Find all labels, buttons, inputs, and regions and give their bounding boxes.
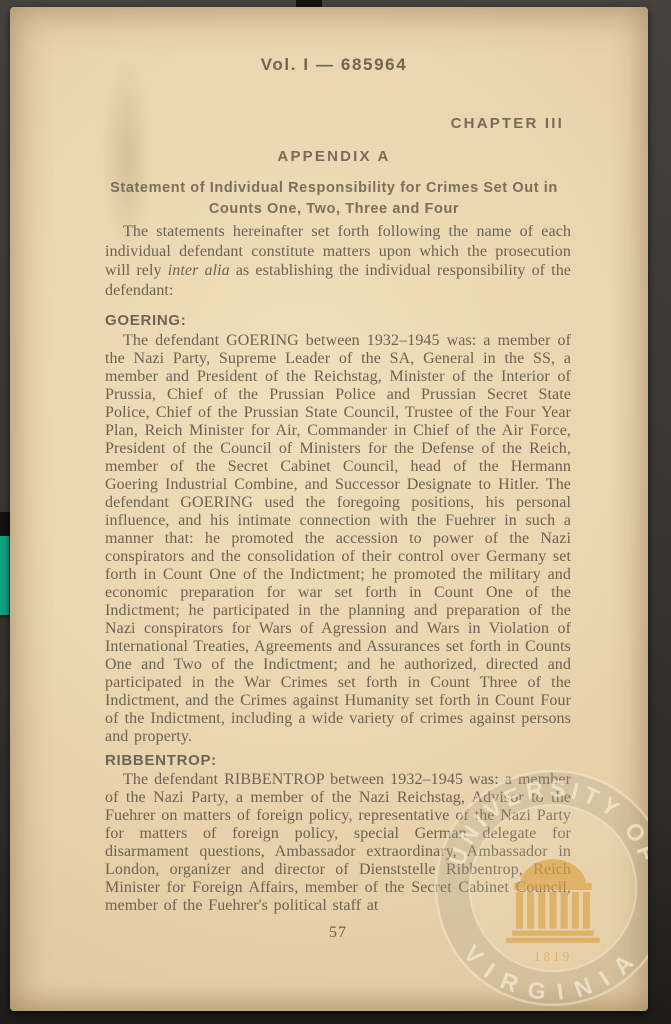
document-page: Vol. I — 685964 CHAPTER III APPENDIX A S… [10,7,648,1011]
chapter-heading: CHAPTER III [451,115,564,132]
section-body-goering: The defendant GOERING between 1932–1945 … [105,332,571,746]
subtitle-line-2: Counts One, Two, Three and Four [209,201,459,217]
volume-header: Vol. I — 685964 [10,55,648,75]
scanned-book-photo: { "page": { "volume_line": "Vol. I — 685… [0,0,671,1024]
intro-paragraph: The statements hereinafter set forth fol… [105,222,571,300]
university-seal-watermark: UNIVERSITY OF VIRGINIA 1819 [421,756,648,1011]
subtitle-line-1: Statement of Individual Responsibility f… [110,180,558,196]
seal-year: 1819 [534,949,573,964]
teal-bookmark-tab [0,536,9,615]
section-heading-goering: GOERING: [105,312,571,330]
document-subtitle: Statement of Individual Responsibility f… [10,178,648,220]
appendix-title: APPENDIX A [10,148,648,165]
intro-latin-phrase: inter alia [168,262,230,279]
